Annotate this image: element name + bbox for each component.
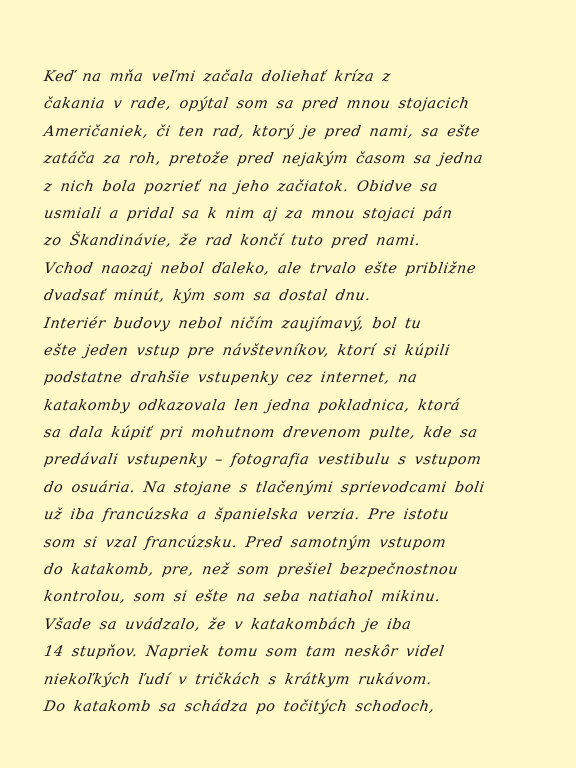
handwritten-text-body: Keď na mňa veľmi začala doliehať kríza z… xyxy=(44,64,564,721)
text-line: Keď na mňa veľmi začala doliehať kríza z xyxy=(42,64,566,91)
text-line: už iba francúzska a španielska verzia. P… xyxy=(42,502,566,529)
text-line: do katakomb, pre, než som prešiel bezpeč… xyxy=(42,557,566,584)
text-line: 14 stupňov. Napriek tomu som tam neskôr … xyxy=(42,639,566,666)
text-line: Američaniek, či ten rad, ktorý je pred n… xyxy=(42,119,566,146)
text-line: sa dala kúpiť pri mohutnom drevenom pult… xyxy=(42,420,566,447)
text-line: niekoľkých ľudí v tričkách s krátkym ruk… xyxy=(42,667,566,694)
text-line: dvadsať minút, kým som sa dostal dnu. xyxy=(42,283,566,310)
text-line: kontrolou, som si ešte na seba natiahol … xyxy=(42,584,566,611)
text-line: katakomby odkazovala len jedna pokladnic… xyxy=(42,393,566,420)
handwritten-page: Keď na mňa veľmi začala doliehať kríza z… xyxy=(0,0,576,768)
text-line: zatáča za roh, pretože pred nejakým časo… xyxy=(42,146,566,173)
text-line: z nich bola pozrieť na jeho začiatok. Ob… xyxy=(42,174,566,201)
text-line: ešte jeden vstup pre návštevníkov, ktorí… xyxy=(42,338,566,365)
text-line: Vchod naozaj nebol ďaleko, ale trvalo eš… xyxy=(42,256,566,283)
text-line: čakania v rade, opýtal som sa pred mnou … xyxy=(42,91,566,118)
text-line: podstatne drahšie vstupenky cez internet… xyxy=(42,365,566,392)
text-line: usmiali a pridal sa k nim aj za mnou sto… xyxy=(42,201,566,228)
text-line: som si vzal francúzsku. Pred samotným vs… xyxy=(42,530,566,557)
text-line: Interiér budovy nebol ničím zaujímavý, b… xyxy=(42,311,566,338)
text-line: zo Škandinávie, že rad končí tuto pred n… xyxy=(42,228,566,255)
text-line: do osuária. Na stojane s tlačenými sprie… xyxy=(42,475,566,502)
text-line: predávali vstupenky – fotografia vestibu… xyxy=(42,447,566,474)
text-line: Všade sa uvádzalo, že v katakombách je i… xyxy=(42,612,566,639)
text-line: Do katakomb sa schádza po točitých schod… xyxy=(42,694,566,721)
